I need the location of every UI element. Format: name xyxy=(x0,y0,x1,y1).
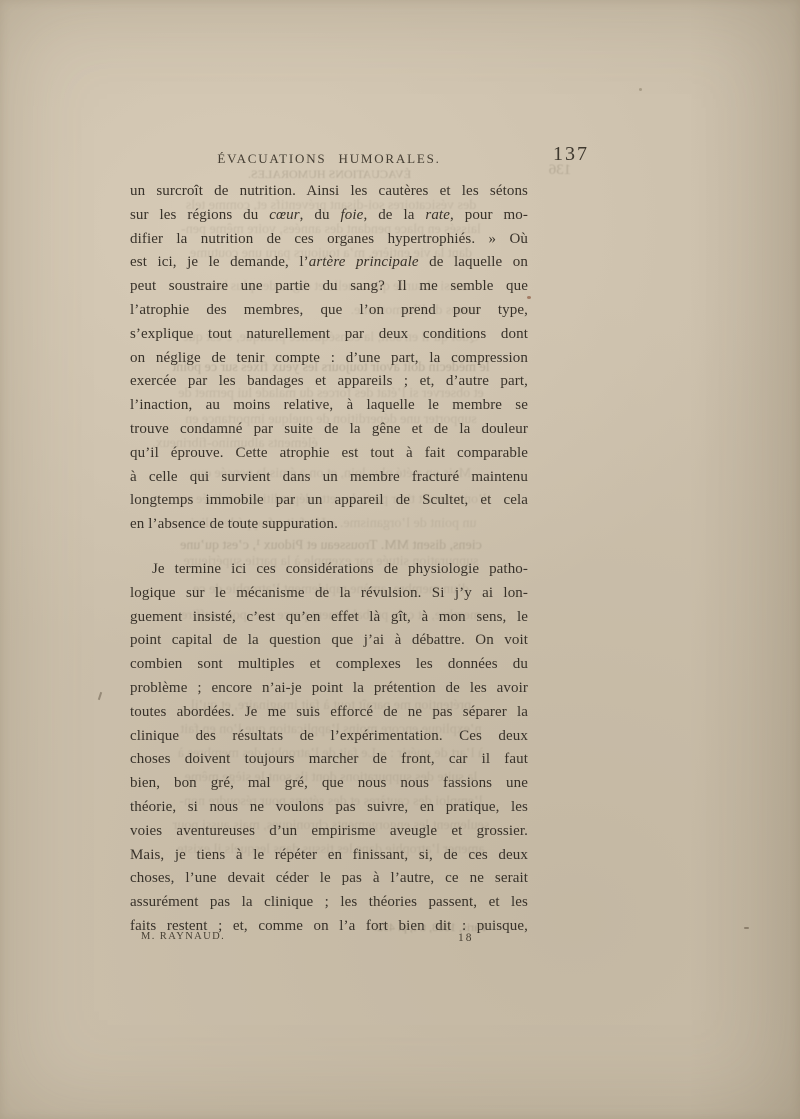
paragraph: Je termine ici ces considérations de phy… xyxy=(130,558,528,939)
text-line: peut soustraire une partie du sang? Il m… xyxy=(130,275,528,299)
text-line: longtemps immobile par un appareil de Sc… xyxy=(130,489,528,513)
text-line: on néglige de tenir compte : d’une part,… xyxy=(130,347,528,371)
text-line: choses doivent toujours marcher de front… xyxy=(130,748,528,772)
text-line: l’atrophie des membres, que l’on prend p… xyxy=(130,299,528,323)
text-line: logique sur le mécanisme de la révulsion… xyxy=(130,582,528,606)
text-line: Je termine ici ces considérations de phy… xyxy=(130,558,528,582)
margin-mark xyxy=(98,692,102,700)
text-line: problème ; encore n’ai-je point la préte… xyxy=(130,677,528,701)
text-line: Mais, je tiens à le répéter en finissant… xyxy=(130,844,528,868)
text-line: combien sont multiples et complexes les … xyxy=(130,653,528,677)
text-line: est ici, je le demande, l’artère princip… xyxy=(130,251,528,275)
sheet-number: 18 xyxy=(458,932,474,944)
text-line: théorie, si nous ne voulons pas suivre, … xyxy=(130,796,528,820)
book-page-scan: ÉVACUATIONS HUMORALES.136des vésicatoire… xyxy=(0,0,800,1119)
text-line: qu’il éprouve. Cette atrophie est tout à… xyxy=(130,442,528,466)
text-line: voies aventureuses d’un empirisme aveugl… xyxy=(130,820,528,844)
text-line: clinique des résultats de l’expérimentat… xyxy=(130,725,528,749)
text-line: à celle qui survient dans un membre frac… xyxy=(130,466,528,490)
text-line: un surcroît de nutrition. Ainsi les caut… xyxy=(130,180,528,204)
paper-speck xyxy=(744,927,749,929)
text-line: point capital de la question que j’ai à … xyxy=(130,629,528,653)
paragraph: un surcroît de nutrition. Ainsi les caut… xyxy=(130,180,528,537)
text-line: difier la nutrition de ces organes hyper… xyxy=(130,228,528,252)
text-line: trouve condamné par suite de la gêne et … xyxy=(130,418,528,442)
text-line: en l’absence de toute suppuration. xyxy=(130,513,528,537)
text-line: s’explique tout naturellement par deux c… xyxy=(130,323,528,347)
text-line: guement insisté, c’est qu’en effet là gî… xyxy=(130,606,528,630)
text-line: choses, l’une devait céder le pas à l’au… xyxy=(130,867,528,891)
text-line: exercée par les bandages et appareils ; … xyxy=(130,370,528,394)
text-line: sur les régions du cœur, du foie, de la … xyxy=(130,204,528,228)
text-line: bien, bon gré, mal gré, que nous nous fa… xyxy=(130,772,528,796)
text-line: toutes abordées. Je me suis efforcé de n… xyxy=(130,701,528,725)
paper-speck xyxy=(639,88,642,91)
text-line: l’inaction, au moins relative, à laquell… xyxy=(130,394,528,418)
running-title: ÉVACUATIONS HUMORALES. xyxy=(130,151,528,167)
text-line: assurément pas la clinique ; les théorie… xyxy=(130,891,528,915)
body-text-block: un surcroît de nutrition. Ainsi les caut… xyxy=(130,180,528,939)
author-signature: M. RAYNAUD. xyxy=(141,931,225,942)
page-number: 137 xyxy=(553,143,589,166)
